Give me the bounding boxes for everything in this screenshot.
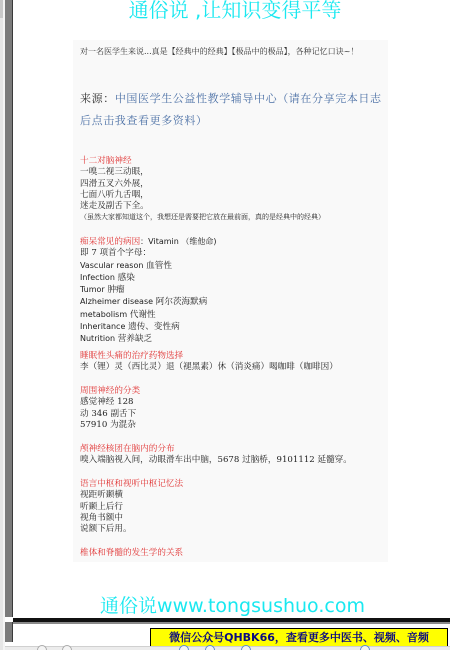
section-line: 说额下后用。 bbox=[80, 524, 183, 535]
section-line: 一嗅二视三动眼， bbox=[80, 167, 325, 178]
section-peripheral-nerves: 周围神经的分类 感觉神经 128 动 346 副舌下 57910 为混杂 bbox=[80, 386, 140, 431]
source-block: 来源：中国医学生公益性教学辅导中心（请在分享完本日志后点击我查看更多资料） bbox=[80, 88, 390, 132]
section-line: 听颞上后行 bbox=[80, 502, 183, 513]
section-title: 语言中枢和视听中枢记忆法 bbox=[80, 479, 183, 490]
toolbar-button-icon[interactable] bbox=[241, 645, 251, 650]
section-line: Vascular reason 血管性 bbox=[80, 260, 216, 272]
line-cn: 阿尔茨海默病 bbox=[153, 297, 207, 307]
section-line: 动 346 副舌下 bbox=[80, 409, 140, 420]
section-note: （虽然大家都知道这个，我想还是需要把它放在最前面，真的是经典中的经典） bbox=[80, 212, 325, 223]
toolbar-button-icon[interactable] bbox=[205, 645, 215, 650]
section-line: Tumor 肿瘤 bbox=[80, 284, 216, 296]
section-line: 视距听颞横 bbox=[80, 490, 183, 501]
footer-watermark-url: 通俗说www.tongsushuo.com bbox=[0, 591, 450, 618]
page-edge-lower bbox=[5, 622, 13, 642]
section-vertebra-spinal: 椎体和脊髓的发生学的关系 bbox=[80, 548, 183, 559]
section-title: 颅神经核团在脑内的分布 bbox=[80, 444, 352, 455]
section-dementia-causes: 痴呆常见的病因：Vitamin （维他命) 即 7 项首个字母： Vascula… bbox=[80, 236, 216, 346]
toolbar-button-icon[interactable] bbox=[37, 645, 47, 650]
line-latin: metabolism bbox=[80, 310, 127, 319]
page-divider-shadow bbox=[13, 622, 450, 624]
section-line: Alzheimer disease 阿尔茨海默病 bbox=[80, 296, 216, 308]
line-latin: Alzheimer disease bbox=[80, 297, 153, 306]
line-cn: 营养缺乏 bbox=[115, 334, 152, 344]
line-latin: Infection bbox=[80, 273, 115, 282]
line-latin: 即 7 项首个字母： bbox=[80, 248, 151, 258]
line-cn: 代谢性 bbox=[127, 310, 156, 320]
section-title: 十二对脑神经 bbox=[80, 156, 325, 167]
line-latin: Tumor bbox=[80, 285, 105, 294]
page-edge bbox=[5, 0, 13, 617]
source-label: 来源： bbox=[80, 92, 115, 105]
section-line: 李（锂）灵（西比灵）退（褪黑素）休（消炎痛）喝咖啡（咖啡因） bbox=[80, 362, 338, 373]
section-line: metabolism 代谢性 bbox=[80, 309, 216, 321]
section-title: 痴呆常见的病因 bbox=[80, 237, 140, 247]
section-title: 椎体和脊髓的发生学的关系 bbox=[80, 548, 183, 559]
line-cn: 遗传、变性病 bbox=[125, 322, 179, 332]
section-title-row: 痴呆常见的病因：Vitamin （维他命) bbox=[80, 236, 216, 248]
section-line: Inheritance 遗传、变性病 bbox=[80, 321, 216, 333]
toolbar-button-icon[interactable] bbox=[62, 645, 72, 650]
section-line: 七面八听九舌咽， bbox=[80, 190, 325, 201]
section-cranial-nerves: 十二对脑神经 一嗅二视三动眼， 四滑五叉六外展， 七面八听九舌咽， 迷走及副舌下… bbox=[80, 156, 325, 224]
bottom-toolbar bbox=[5, 646, 450, 650]
section-line: Infection 感染 bbox=[80, 272, 216, 284]
section-line: 四滑五叉六外展， bbox=[80, 179, 325, 190]
section-line: 嗅入端脑视入间，动眼滑车出中脑，5678 过脑桥，9101112 延髓穿。 bbox=[80, 455, 352, 466]
line-latin: Inheritance bbox=[80, 322, 125, 331]
section-line: 迷走及副舌下全。 bbox=[80, 201, 325, 212]
section-line: Nutrition 营养缺乏 bbox=[80, 333, 216, 345]
header-title: 通俗说 ,让知识变得平等 bbox=[0, 0, 450, 23]
section-line: 即 7 项首个字母： bbox=[80, 248, 216, 259]
section-line: 57910 为混杂 bbox=[80, 420, 140, 431]
source-link[interactable]: 中国医学生公益性教学辅导中心（请在分享完本日志后点击我查看更多资料） bbox=[80, 92, 382, 127]
wechat-banner: 微信公众号QHBK66，查看更多中医书、视频、音频 bbox=[150, 628, 448, 647]
section-line: 感觉神经 128 bbox=[80, 397, 140, 408]
section-language-centers: 语言中枢和视听中枢记忆法 视距听颞横 听颞上后行 视角书额中 说额下后用。 bbox=[80, 479, 183, 535]
section-title-suffix: ：Vitamin （维他命) bbox=[140, 237, 216, 246]
line-latin: Nutrition bbox=[80, 334, 115, 343]
intro-text: 对一名医学生来说...真是【经典中的经典】【极品中的极品】，各种记忆口诀~！ bbox=[80, 46, 358, 57]
section-title: 周围神经的分类 bbox=[80, 386, 140, 397]
line-cn: 肿瘤 bbox=[105, 285, 125, 295]
section-cranial-nuclei: 颅神经核团在脑内的分布 嗅入端脑视入间，动眼滑车出中脑，5678 过脑桥，910… bbox=[80, 444, 352, 467]
section-hypnic-headache: 睡眠性头痛的治疗药物选择 李（锂）灵（西比灵）退（褪黑素）休（消炎痛）喝咖啡（咖… bbox=[80, 351, 338, 374]
section-line: 视角书额中 bbox=[80, 513, 183, 524]
toolbar-button-icon[interactable] bbox=[360, 645, 370, 650]
line-cn: 感染 bbox=[115, 273, 135, 283]
section-title: 睡眠性头痛的治疗药物选择 bbox=[80, 351, 338, 362]
toolbar-button-icon[interactable] bbox=[179, 645, 189, 650]
line-cn: 血管性 bbox=[143, 261, 172, 271]
line-latin: Vascular reason bbox=[80, 261, 143, 270]
